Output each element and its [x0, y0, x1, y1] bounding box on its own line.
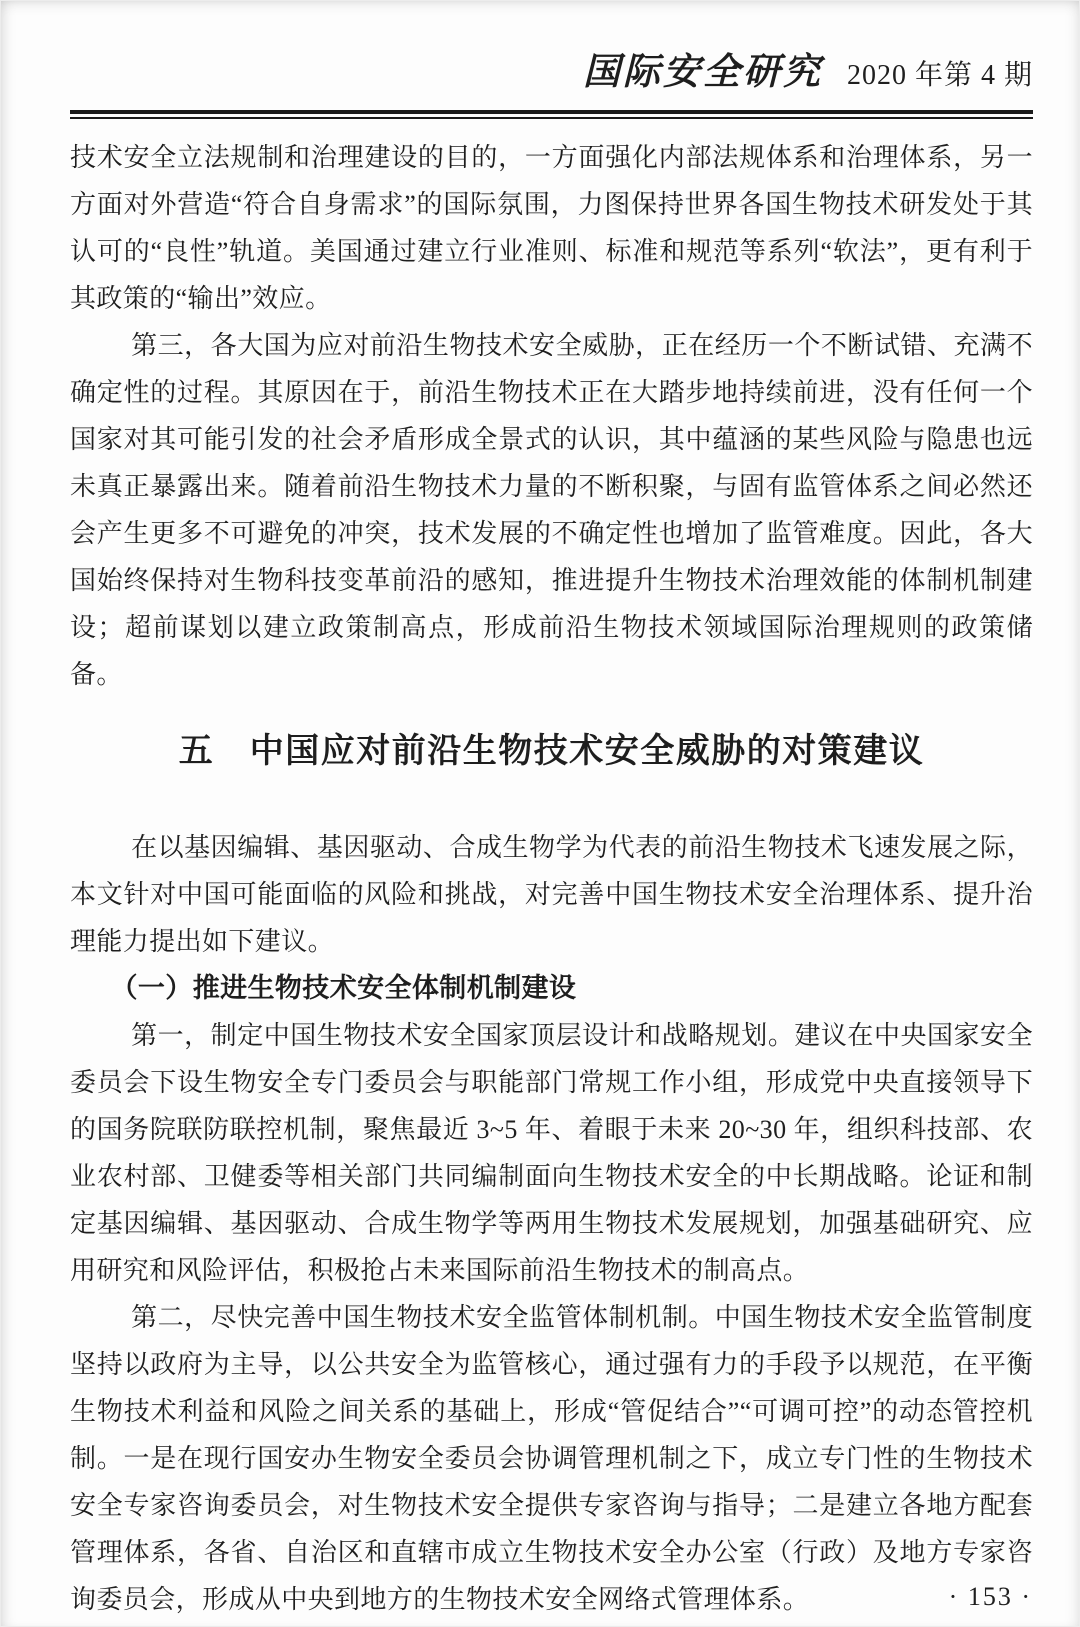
page-content: 国际安全研究2020 年第 4 期 技术安全立法规制和治理建设的目的，一方面强化… [70, 50, 1033, 1623]
header-rule [70, 110, 1033, 119]
document-page: 国际安全研究2020 年第 4 期 技术安全立法规制和治理建设的目的，一方面强化… [0, 0, 1080, 1627]
article-body: 技术安全立法规制和治理建设的目的，一方面强化内部法规体系和治理体系，另一方面对外… [70, 134, 1033, 1623]
journal-logo: 国际安全研究 [583, 52, 823, 93]
header-rule-thick-line [70, 110, 1033, 114]
paragraph-second-point: 第二，尽快完善中国生物技术安全监管体制机制。中国生物技术安全监管制度坚持以政府为… [70, 1294, 1033, 1623]
journal-issue-label: 2020 年第 4 期 [847, 60, 1033, 91]
page-header: 国际安全研究2020 年第 4 期 [70, 50, 1033, 103]
header-rule-thin-line [70, 117, 1033, 119]
paragraph-first-point: 第一，制定中国生物技术安全国家顶层设计和战略规划。建议在中央国家安全委员会下设生… [70, 1012, 1033, 1294]
paragraph-section-intro: 在以基因编辑、基因驱动、合成生物学为代表的前沿生物技术飞速发展之际，本文针对中国… [70, 824, 1033, 965]
subsection-heading: （一）推进生物技术安全体制机制建设 [70, 965, 1033, 1012]
page-number: · 153 · [949, 1582, 1032, 1612]
paragraph-continuation: 技术安全立法规制和治理建设的目的，一方面强化内部法规体系和治理体系，另一方面对外… [70, 134, 1033, 322]
paragraph-third-point: 第三，各大国为应对前沿生物技术安全威胁，正在经历一个不断试错、充满不确定性的过程… [70, 322, 1033, 698]
section-heading: 五 中国应对前沿生物技术安全威胁的对策建议 [70, 726, 1033, 778]
